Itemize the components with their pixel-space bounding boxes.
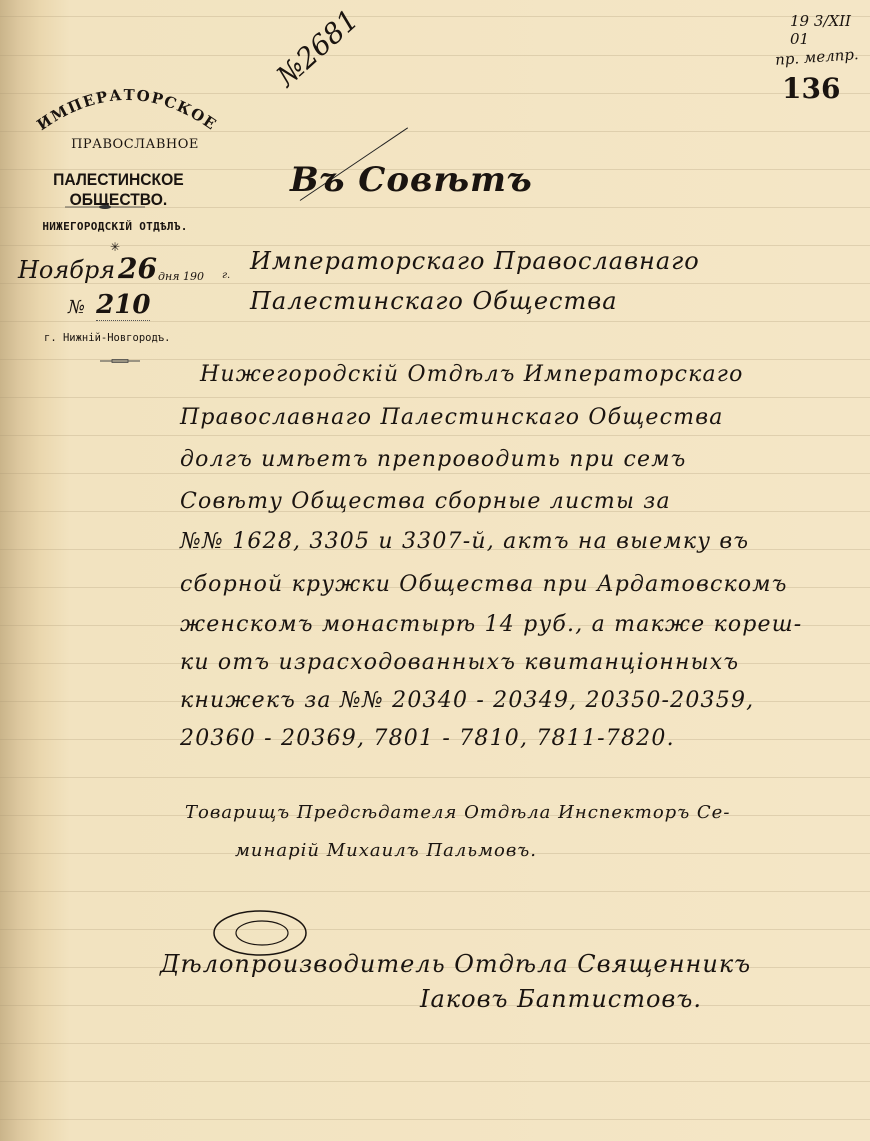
svg-text:ИМПЕРАТОРСКОЕ: ИМПЕРАТОРСКОЕ bbox=[34, 86, 221, 134]
arc-text-svg: ИМПЕРАТОРСКОЕ bbox=[22, 80, 232, 140]
signature-line2: минарій Михаилъ Пальмовъ. bbox=[235, 840, 537, 861]
address-line2: Императорскаго Православнаго bbox=[250, 247, 700, 275]
letterhead-line4: НИЖЕГОРОДСКІЙ ОТДѢЛЪ. bbox=[5, 220, 225, 233]
date-year-abbrev: г. bbox=[222, 270, 230, 281]
letterhead-line2: ПРАВОСЛАВНОЕ bbox=[30, 137, 240, 152]
date-month: Ноября bbox=[18, 256, 115, 284]
letterhead-city: г. Нижній-Новгородъ. bbox=[44, 332, 170, 344]
body-line: Нижегородскій Отдѣлъ Императорскаго bbox=[200, 362, 744, 387]
body-line: Совѣту Общества сборные листы за bbox=[180, 489, 671, 514]
body-line: 20360 - 20369, 7801 - 7810, 7811-7820. bbox=[180, 726, 675, 751]
date-row: Ноября 26 дня 190 г. bbox=[10, 252, 250, 292]
body-line: долгъ имѣетъ препроводить при семъ bbox=[180, 447, 687, 472]
arc-title-text: ИМПЕРАТОРСКОЕ bbox=[34, 86, 221, 134]
closing-line2: Іаковъ Баптистовъ. bbox=[420, 985, 702, 1013]
date-day: 26 bbox=[118, 252, 157, 285]
document-page: ИМПЕРАТОРСКОЕ ПРАВОСЛАВНОЕ ПАЛЕСТИНСКОЕ … bbox=[0, 0, 870, 1141]
ornament-divider-icon bbox=[65, 204, 145, 210]
address-line3: Палестинскаго Общества bbox=[250, 287, 618, 315]
address-line1: Въ Совѣтъ bbox=[290, 160, 533, 200]
number-sign: № bbox=[68, 297, 85, 318]
body-line: книжекъ за №№ 20340 - 20349, 20350-20359… bbox=[180, 688, 754, 713]
page-number: 136 bbox=[782, 72, 840, 105]
signature-line1: Товарищъ Предсѣдателя Отдѣла Инспекторъ … bbox=[185, 802, 730, 823]
number-value: 210 bbox=[96, 290, 150, 321]
ornament-small-icon bbox=[100, 358, 140, 364]
outgoing-number: № 210 bbox=[68, 290, 150, 320]
body-line: ки отъ израсходованныхъ квитанціонныхъ bbox=[180, 650, 739, 675]
corner-note-date: 19 3/XII 01 bbox=[790, 12, 870, 48]
body-line: №№ 1628, 3305 и 3307-й, актъ на выемку в… bbox=[180, 529, 749, 554]
body-line: женскомъ монастырѣ 14 руб., а также коре… bbox=[180, 612, 802, 637]
body-line: сборной кружки Общества при Ардатовскомъ bbox=[180, 572, 788, 597]
letterhead-arc-title: ИМПЕРАТОРСКОЕ bbox=[22, 80, 232, 140]
body-line: Православнаго Палестинскаго Общества bbox=[180, 405, 724, 430]
date-suffix: дня 190 bbox=[158, 270, 204, 283]
closing-line1: Дѣлопроизводитель Отдѣла Священникъ bbox=[160, 950, 751, 978]
